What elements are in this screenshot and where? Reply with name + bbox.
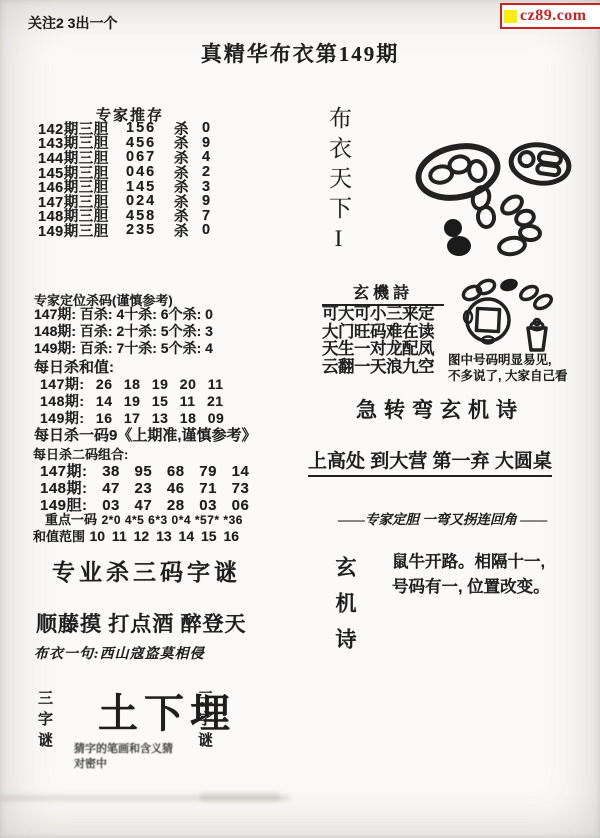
sharp-turn-phrase: 上高处 到大营 第一弃 大圆桌 [308,446,552,477]
vertical-title: 布衣天下I [322,106,355,266]
key-one-label: 重点一码 [45,512,97,527]
mystic-poem-block: 玄機詩 可大可小三来定 大门旺码难在读 天生一对龙配凤 云翻一天浪九空 [322,280,444,376]
daily-one-kill-line: 每日杀一码9《上期准,谨慎参考》 [34,424,257,445]
key-one-value: 2*0 4*5 6*3 0*4 *57* *36 [101,513,242,527]
list-item: 147期: 26 18 19 20 11 [40,374,224,391]
sum-range-line: 和值范围 10 11 12 13 14 15 16 [33,526,239,546]
riddle3-side-right: 三字谜 [194,690,215,770]
row-kill-val: 0 [202,120,211,136]
row-num: 024 [126,193,174,209]
page-title: 真精华布衣第149期 [0,38,600,68]
riddle3-answer: 土下埋 [98,682,236,739]
sharp-turn-title: 急转弯玄机诗 [310,394,570,424]
kill3-title: 专业杀三码字谜 [52,554,241,587]
mystic2-lines: 鼠牛开路。相隔十一, 号码有一, 位置改变。 [392,550,550,600]
row-kill-val: 0 [202,222,211,238]
photocopy-smudge [200,793,280,801]
brand-link[interactable]: cz89.com [520,7,587,25]
row-kill-val: 9 [202,135,211,151]
poem-line: 号码有一, 位置改变。 [392,575,550,600]
row-num: 456 [126,135,174,151]
row-num: 156 [126,120,174,136]
position-kill-rows: 147期: 百杀: 4十杀: 6个杀: 0 148期: 百杀: 2十杀: 5个杀… [34,306,213,357]
mystic2-vertical-label: 玄机诗 [330,556,360,666]
sum-range-value: 10 11 12 13 14 15 16 [89,528,239,544]
row-num: 046 [126,164,174,180]
ink-sketch-beads [408,134,573,262]
brand-yellow-square-icon [504,10,517,23]
row-kill-label: 杀 [174,220,202,241]
daily-sum-kill-rows: 147期: 26 18 19 20 11 148期: 14 19 15 11 2… [40,374,224,425]
list-item: 147期: 38 95 68 79 14 [40,460,249,477]
row-period: 149期三胆 [38,220,126,241]
buyi-line: 布衣一句:西山寇盗莫相侵 [34,643,205,663]
row-num: 458 [126,208,174,224]
row-kill-val: 3 [202,179,211,195]
daily-two-kill-rows: 147期: 38 95 68 79 14 148期: 47 23 46 71 7… [40,460,249,511]
poem-line: 天生一对龙配凤 [322,341,444,359]
row-kill-val: 7 [202,208,211,224]
row-kill-val: 4 [202,149,211,165]
poem-line: 大门旺码难在读 [322,324,444,342]
top-left-note: 关注2 3出一个 [28,13,117,33]
brand-box[interactable]: cz89.com [500,3,600,29]
mystic-poem-header: 玄機詩 [322,280,444,306]
caption-line: 图中号码明显易见, [448,352,567,368]
poem-line: 可大可小三来定 [322,306,444,324]
row-kill-val: 2 [202,164,211,180]
row-num: 145 [126,179,174,195]
riddle3-side-left: 三字谜 [34,690,55,770]
table-row: 149期三胆235杀0 [38,223,211,238]
ink-sketch-coin [452,276,582,356]
note-line: 对密中 [74,757,173,772]
recommend-table: 142期三胆156杀0 143期三胆456杀9 144期三胆067杀4 145期… [38,121,211,238]
caption-line: 不多说了, 大家自己看 [448,368,567,384]
scanned-sheet: 关注2 3出一个 cz89.com 真精华布衣第149期 专家推存 142期三胆… [0,0,600,838]
poem-line: 云翻一天浪九空 [322,359,444,377]
sum-range-label: 和值范围 [33,529,85,544]
list-item: 147期: 百杀: 4十杀: 6个杀: 0 [34,306,213,323]
note-line: 猜字的笔画和含义猜 [74,742,173,757]
riddle3-note: 猜字的笔画和含义猜 对密中 [74,742,173,772]
expert-dantan-line: ——专家定胆 一弯又拐连回角 —— [338,508,547,528]
kill3-phrase: 顺藤摸 打点酒 醉登天 [36,608,247,638]
list-item: 149期: 百杀: 7十杀: 5个杀: 4 [34,340,213,357]
row-kill-val: 9 [202,193,211,209]
poem-line: 鼠牛开路。相隔十一, [392,550,550,575]
list-item: 148期: 百杀: 2十杀: 5个杀: 3 [34,323,213,340]
row-num: 067 [126,149,174,165]
list-item: 148期: 47 23 46 71 73 [40,477,249,494]
sketch-caption: 图中号码明显易见, 不多说了, 大家自己看 [448,352,567,384]
row-num: 235 [126,222,174,238]
list-item: 149期: 16 17 13 18 09 [40,408,224,425]
list-item: 148期: 14 19 15 11 21 [40,391,224,408]
